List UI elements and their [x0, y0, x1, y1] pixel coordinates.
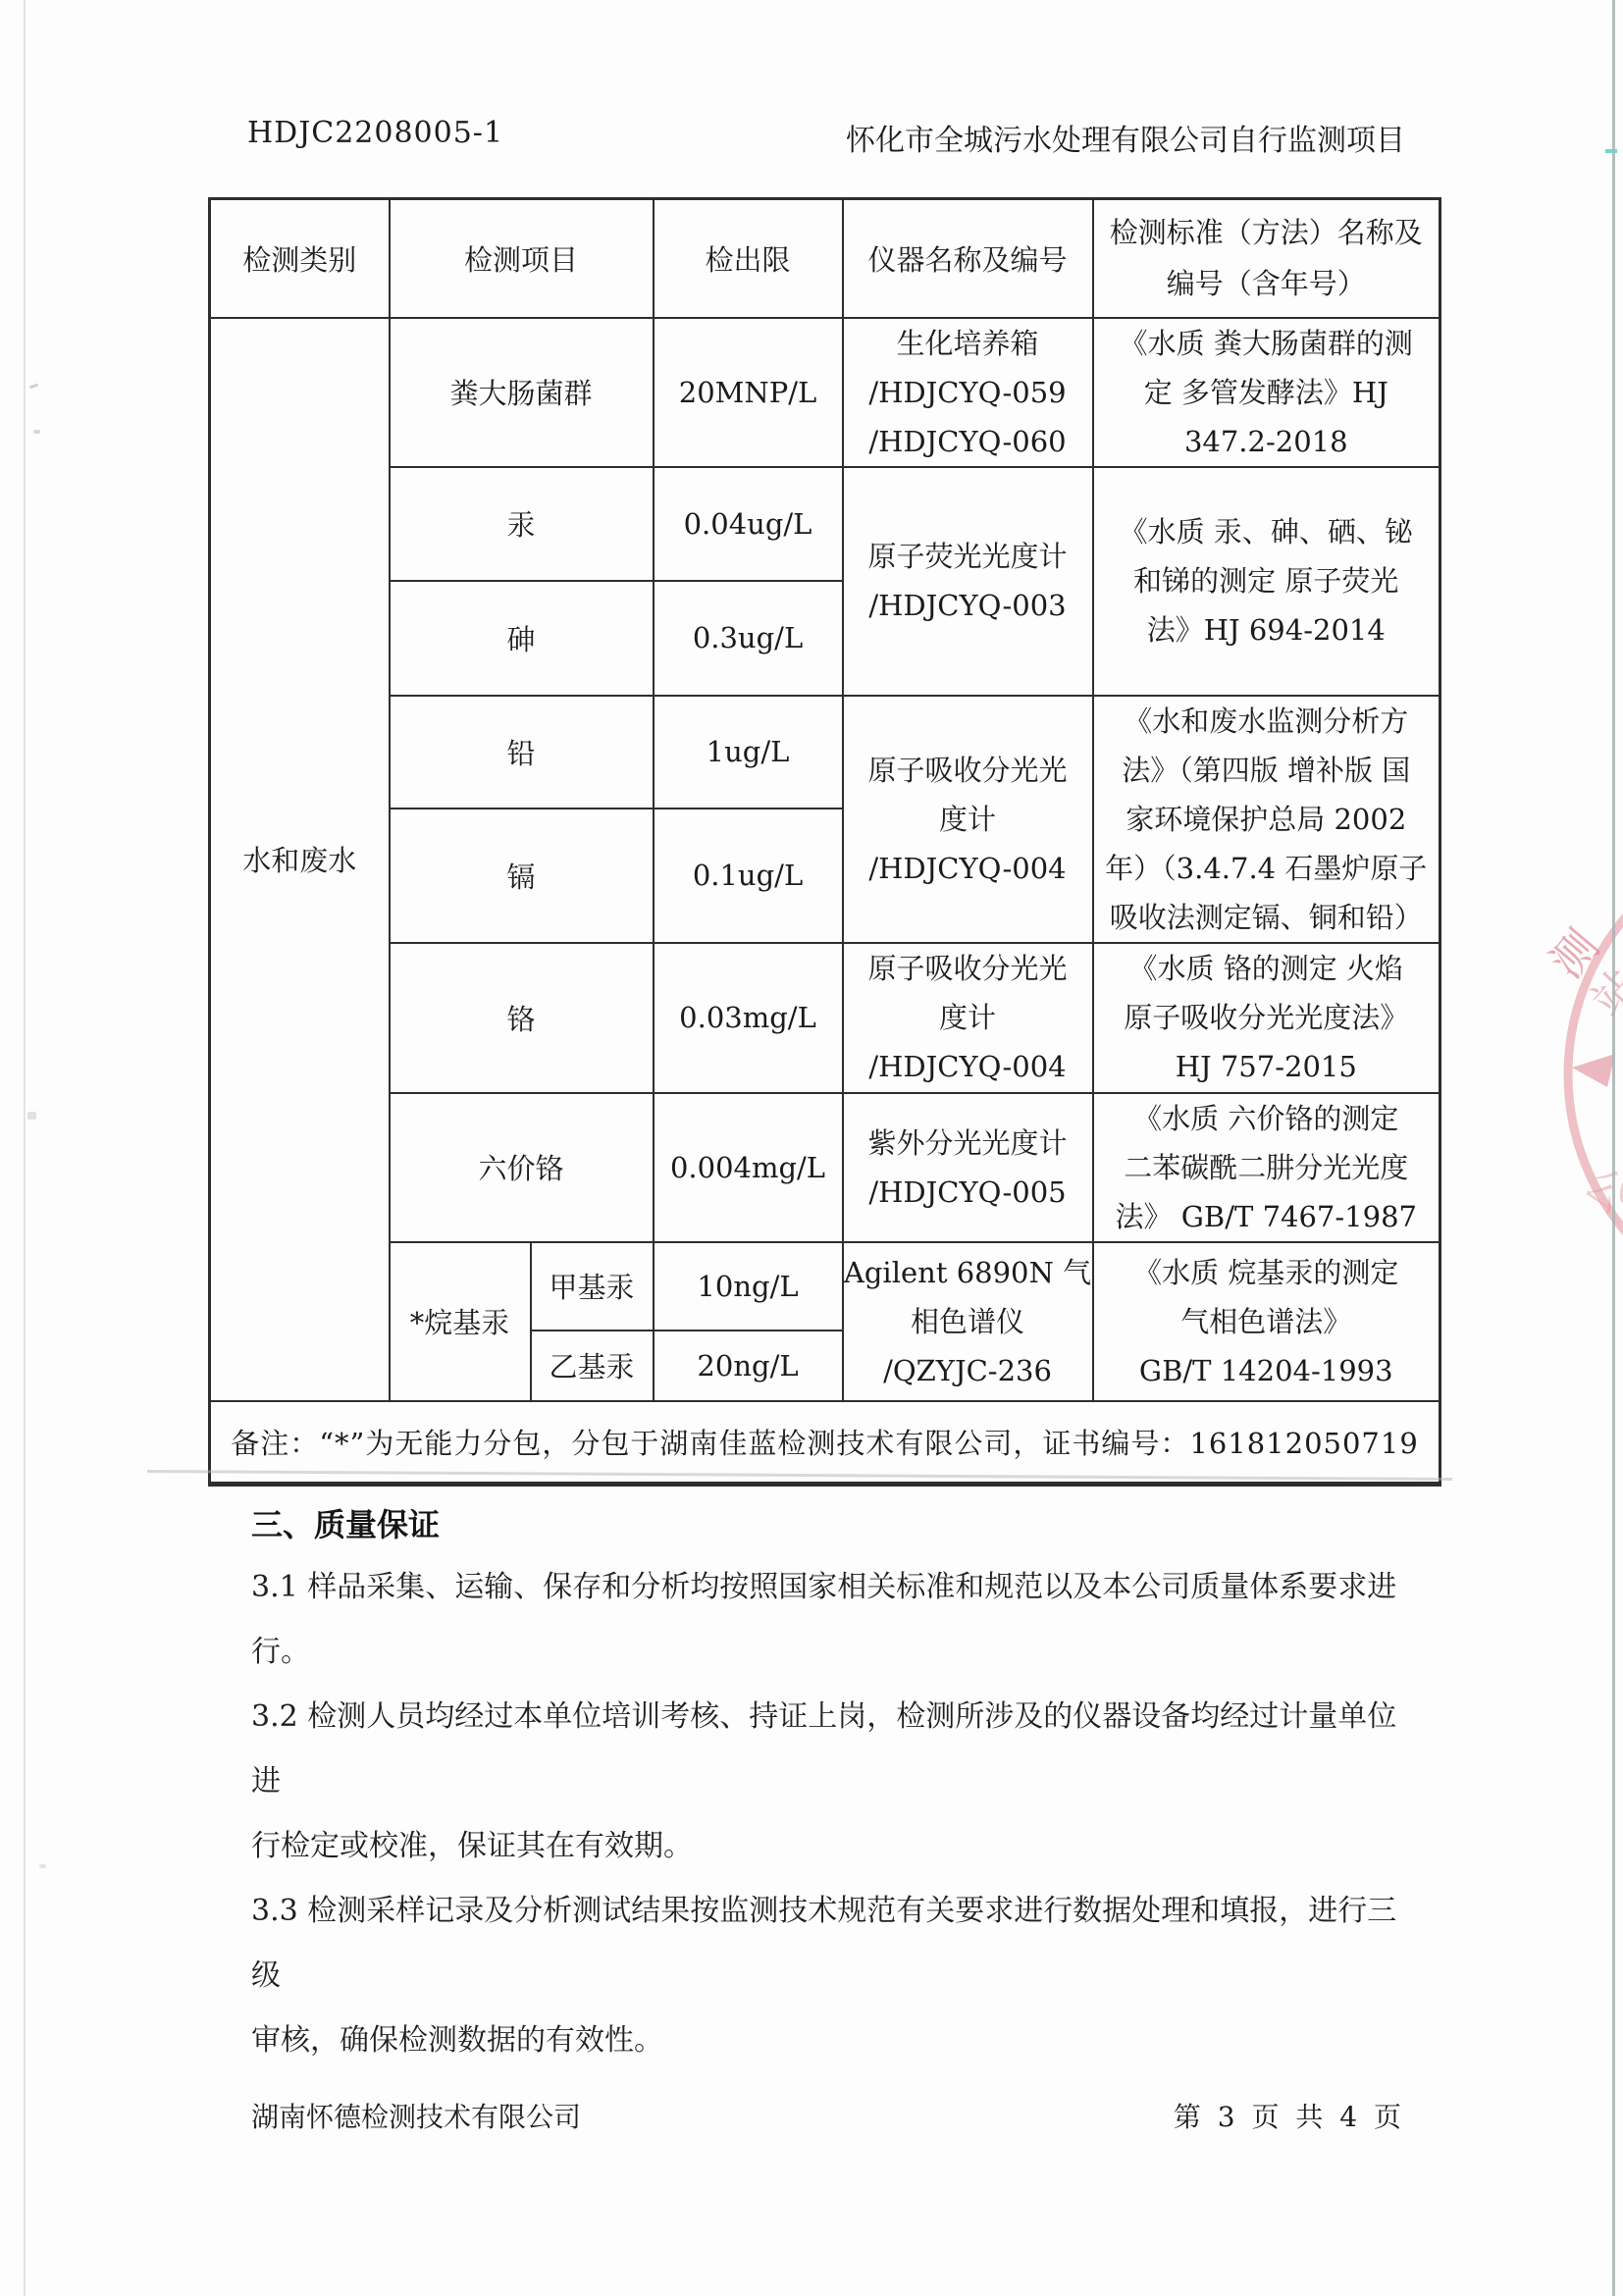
report-number: HDJC2208005-1: [247, 116, 503, 150]
cell-item: 铬: [390, 943, 654, 1093]
scan-edge-line-left: [24, 0, 26, 2296]
seal-char: 测: [1540, 919, 1609, 988]
cell-instrument: 紫外分光光度计 /HDJCYQ-005: [843, 1093, 1093, 1242]
table-row: 水和废水 粪大肠菌群 20MNP/L 生化培养箱 /HDJCYQ-059 /HD…: [210, 318, 1440, 467]
red-seal-stamp: 测 站 公: [1511, 863, 1623, 1285]
qa-paragraph: 审核，确保检测数据的有效性。: [251, 2009, 1421, 2073]
header-instrument: 仪器名称及编号: [843, 199, 1093, 318]
document-page: HDJC2208005-1 怀化市全城污水处理有限公司自行监测项目 检测类别 检…: [0, 0, 1623, 2296]
cell-item-group: *烷基汞: [390, 1242, 531, 1401]
cell-limit: 0.004mg/L: [654, 1093, 843, 1242]
cell-item: 镉: [390, 809, 654, 943]
cell-limit: 0.1ug/L: [654, 809, 843, 943]
scan-speck: [27, 1112, 36, 1120]
table-header-row: 检测类别 检测项目 检出限 仪器名称及编号 检测标准（方法）名称及 编号（含年号…: [210, 199, 1440, 318]
cell-standard: 《水质 铬的测定 火焰 原子吸收分光光度法》 HJ 757-2015: [1093, 943, 1440, 1093]
cell-instrument: Agilent 6890N 气 相色谱仪 /QZYJC-236: [843, 1242, 1093, 1401]
header-category: 检测类别: [210, 199, 390, 318]
cell-subitem: 甲基汞: [531, 1242, 654, 1331]
footer-company: 湖南怀德检测技术有限公司: [251, 2096, 581, 2135]
table-row: 汞 0.04ug/L 原子荧光光度计 /HDJCYQ-003 《水质 汞、砷、硒…: [210, 467, 1440, 581]
cell-category: 水和废水: [210, 318, 390, 1401]
table-row: 铅 1ug/L 原子吸收分光光 度计 /HDJCYQ-004 《水和废水监测分析…: [210, 696, 1440, 809]
cell-limit: 20MNP/L: [654, 318, 843, 467]
qa-paragraph: 3.1 样品采集、运输、保存和分析均按照国家相关标准和规范以及本公司质量体系要求…: [251, 1555, 1421, 1685]
seal-char: 站: [1582, 961, 1623, 1026]
header-item: 检测项目: [390, 199, 654, 318]
cell-standard: 《水质 烷基汞的测定 气相色谱法》 GB/T 14204-1993: [1093, 1242, 1440, 1401]
qa-paragraph: 3.3 检测采样记录及分析测试结果按监测技术规范有关要求进行数据处理和填报，进行…: [251, 1879, 1421, 2009]
header-standard: 检测标准（方法）名称及 编号（含年号）: [1093, 199, 1440, 318]
table-row: *烷基汞 甲基汞 10ng/L Agilent 6890N 气 相色谱仪 /QZ…: [210, 1242, 1440, 1331]
header-limit: 检出限: [654, 199, 843, 318]
footer-page-number: 第 3 页 共 4 页: [1119, 2096, 1405, 2135]
qa-paragraph: 行检定或校准，保证其在有效期。: [251, 1814, 1421, 1879]
cell-limit: 20ng/L: [654, 1331, 843, 1401]
cell-standard: 《水质 粪大肠菌群的测 定 多管发酵法》HJ 347.2-2018: [1093, 318, 1440, 467]
qa-section-title: 三、质量保证: [251, 1504, 1421, 1545]
qa-paragraph: 3.2 检测人员均经过本单位培训考核、持证上岗，检测所涉及的仪器设备均经过计量单…: [251, 1685, 1421, 1814]
scan-edge-line: [1612, 0, 1615, 2296]
cell-limit: 0.3ug/L: [654, 581, 843, 696]
monitoring-items-table: 检测类别 检测项目 检出限 仪器名称及编号 检测标准（方法）名称及 编号（含年号…: [208, 197, 1441, 1487]
cell-standard: 《水质 汞、砷、硒、铋 和锑的测定 原子荧光 法》HJ 694-2014: [1093, 467, 1440, 696]
scan-speck: [39, 1864, 46, 1868]
cell-limit: 1ug/L: [654, 696, 843, 809]
scan-teal-mark: [1605, 149, 1617, 153]
seal-star-fragment: [1572, 1054, 1615, 1087]
cell-item: 粪大肠菌群: [390, 318, 654, 467]
cell-limit: 0.04ug/L: [654, 467, 843, 581]
cell-limit: 0.03mg/L: [654, 943, 843, 1093]
cell-item: 砷: [390, 581, 654, 696]
cell-standard: 《水和废水监测分析方 法》（第四版 增补版 国 家环境保护总局 2002 年）（…: [1093, 696, 1440, 943]
cell-limit: 10ng/L: [654, 1242, 843, 1331]
cell-instrument: 生化培养箱 /HDJCYQ-059 /HDJCYQ-060: [843, 318, 1093, 467]
scan-speck: [29, 384, 38, 390]
cell-item: 汞: [390, 467, 654, 581]
scan-speck: [33, 430, 40, 434]
cell-item: 六价铬: [390, 1093, 654, 1242]
table-row: 六价铬 0.004mg/L 紫外分光光度计 /HDJCYQ-005 《水质 六价…: [210, 1093, 1440, 1242]
table-row: 铬 0.03mg/L 原子吸收分光光 度计 /HDJCYQ-004 《水质 铬的…: [210, 943, 1440, 1093]
cell-instrument: 原子荧光光度计 /HDJCYQ-003: [843, 467, 1093, 696]
report-title: 怀化市全城污水处理有限公司自行监测项目: [824, 116, 1405, 159]
cell-subitem: 乙基汞: [531, 1331, 654, 1401]
seal-char: 公: [1575, 1158, 1623, 1224]
cell-instrument: 原子吸收分光光 度计 /HDJCYQ-004: [843, 696, 1093, 943]
qa-section: 三、质量保证 3.1 样品采集、运输、保存和分析均按照国家相关标准和规范以及本公…: [251, 1504, 1421, 2073]
cell-instrument: 原子吸收分光光 度计 /HDJCYQ-004: [843, 943, 1093, 1093]
cell-item: 铅: [390, 696, 654, 809]
cell-standard: 《水质 六价铬的测定 二苯碳酰二肼分光光度 法》 GB/T 7467-1987: [1093, 1093, 1440, 1242]
